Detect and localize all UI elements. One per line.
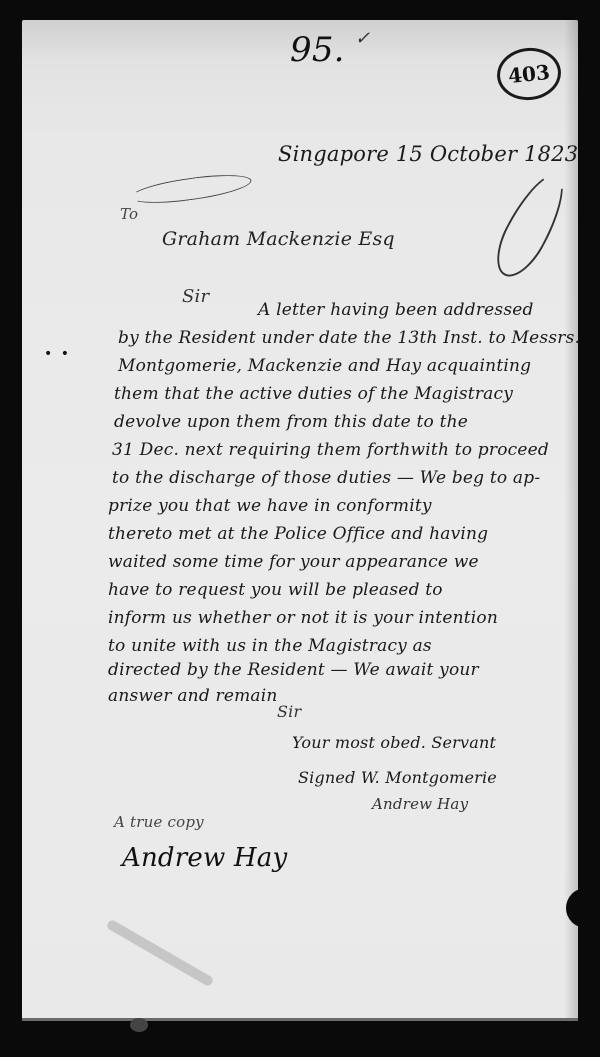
body-line: A letter having been addressed [258, 302, 534, 319]
closing-salutation: Sir [277, 702, 301, 721]
body-line: them that the active duties of the Magis… [114, 386, 513, 403]
body-line: to unite with us in the Magistracy as [108, 638, 432, 655]
body-line: answer and remain [108, 688, 278, 705]
attestation-signature: Andrew Hay [122, 843, 287, 873]
body-line: devolve upon them from this date to the [114, 414, 468, 431]
signature-hay: Andrew Hay [372, 795, 468, 813]
body-line: inform us whether or not it is your inte… [108, 610, 498, 627]
folio-number: 95. [290, 30, 345, 70]
page-notch [566, 888, 600, 928]
salutation: Sir [182, 286, 209, 307]
margin-dots: • • [44, 346, 71, 362]
closing: Your most obed. Servant [292, 733, 496, 752]
body-line: Montgomerie, Mackenzie and Hay acquainti… [118, 358, 531, 375]
attestation-label: A true copy [114, 813, 204, 831]
to-label: To [120, 205, 138, 223]
scanned-page: 95. ✓ 403 Singapore 15 October 1823 To G… [0, 0, 600, 1057]
body-line: to the discharge of those duties — We be… [112, 470, 540, 487]
signature-montgomerie: Signed W. Montgomerie [298, 768, 497, 787]
body-line: waited some time for your appearance we [108, 554, 479, 571]
checkmark-icon: ✓ [355, 28, 370, 49]
body-line: 31 Dec. next requiring them forthwith to… [112, 442, 549, 459]
page-bottom-edge [22, 1018, 578, 1021]
paper-sheet [22, 20, 578, 1020]
body-line: thereto met at the Police Office and hav… [108, 526, 488, 543]
dateline: Singapore 15 October 1823 [278, 142, 578, 166]
addressee: Graham Mackenzie Esq [162, 228, 395, 250]
ink-blot [130, 1018, 148, 1032]
body-line: directed by the Resident — We await your [108, 662, 479, 679]
body-line: prize you that we have in conformity [108, 498, 432, 515]
stamp-number: 403 [507, 60, 551, 88]
body-line: by the Resident under date the 13th Inst… [118, 330, 580, 347]
body-line: have to request you will be pleased to [108, 582, 443, 599]
